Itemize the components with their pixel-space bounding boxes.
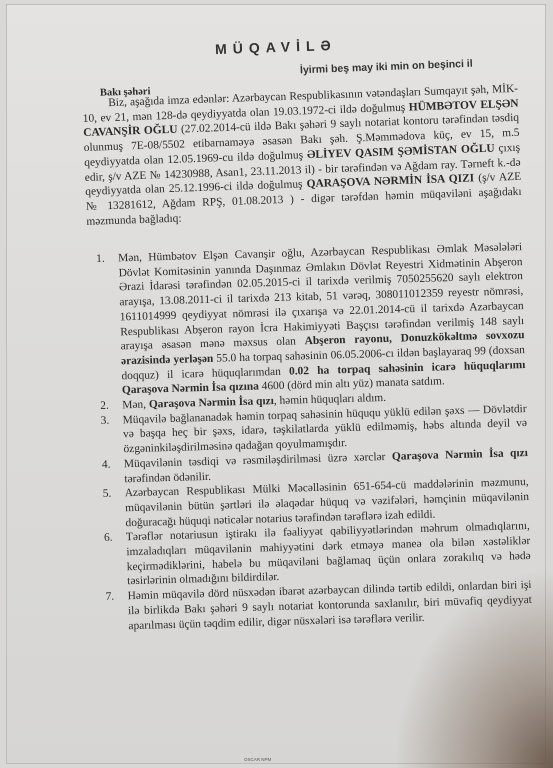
clause-number: 5.: [103, 487, 112, 502]
clause-number: 6.: [104, 531, 113, 546]
clause-number: 1.: [96, 252, 105, 267]
contract-clauses: 1.Mən, Hümbətov Elşən Cavanşir oğlu, Azə…: [96, 240, 533, 634]
text: Mən,: [122, 399, 149, 412]
text: Həmin müqavilə dörd nüsxədən ibarət azər…: [127, 579, 532, 632]
clause-number: 3.: [101, 413, 110, 428]
bold-text: Qaraşova Nərmin İsa qızı: [392, 447, 528, 463]
document-date: İyirmi beş may iki min on beşinci il: [300, 57, 473, 78]
contract-document: MÜQAVİLƏ İyirmi beş may iki min on beşin…: [0, 0, 553, 768]
clause-number: 4.: [102, 458, 111, 473]
clause-1: 1.Mən, Hümbətov Elşən Cavanşir oğlu, Azə…: [96, 240, 526, 399]
bold-text: Qaraşova Nərmin İsa qızı: [149, 395, 274, 410]
text: tərəfindən ödənilir.: [124, 470, 211, 484]
intro-paragraph: Biz, aşağıda imza edənlər: Azərbaycan Re…: [82, 82, 522, 229]
text: Tərəflər notariusun iştirakı ilə fəaliyy…: [126, 520, 531, 587]
text: , həmin hüquqları aldım.: [274, 392, 387, 407]
footer-mark: OSCAR NPM: [244, 753, 271, 768]
clause-number: 2.: [100, 399, 109, 414]
document-title: MÜQAVİLƏ: [215, 38, 337, 57]
clause-number: 7.: [105, 590, 114, 605]
